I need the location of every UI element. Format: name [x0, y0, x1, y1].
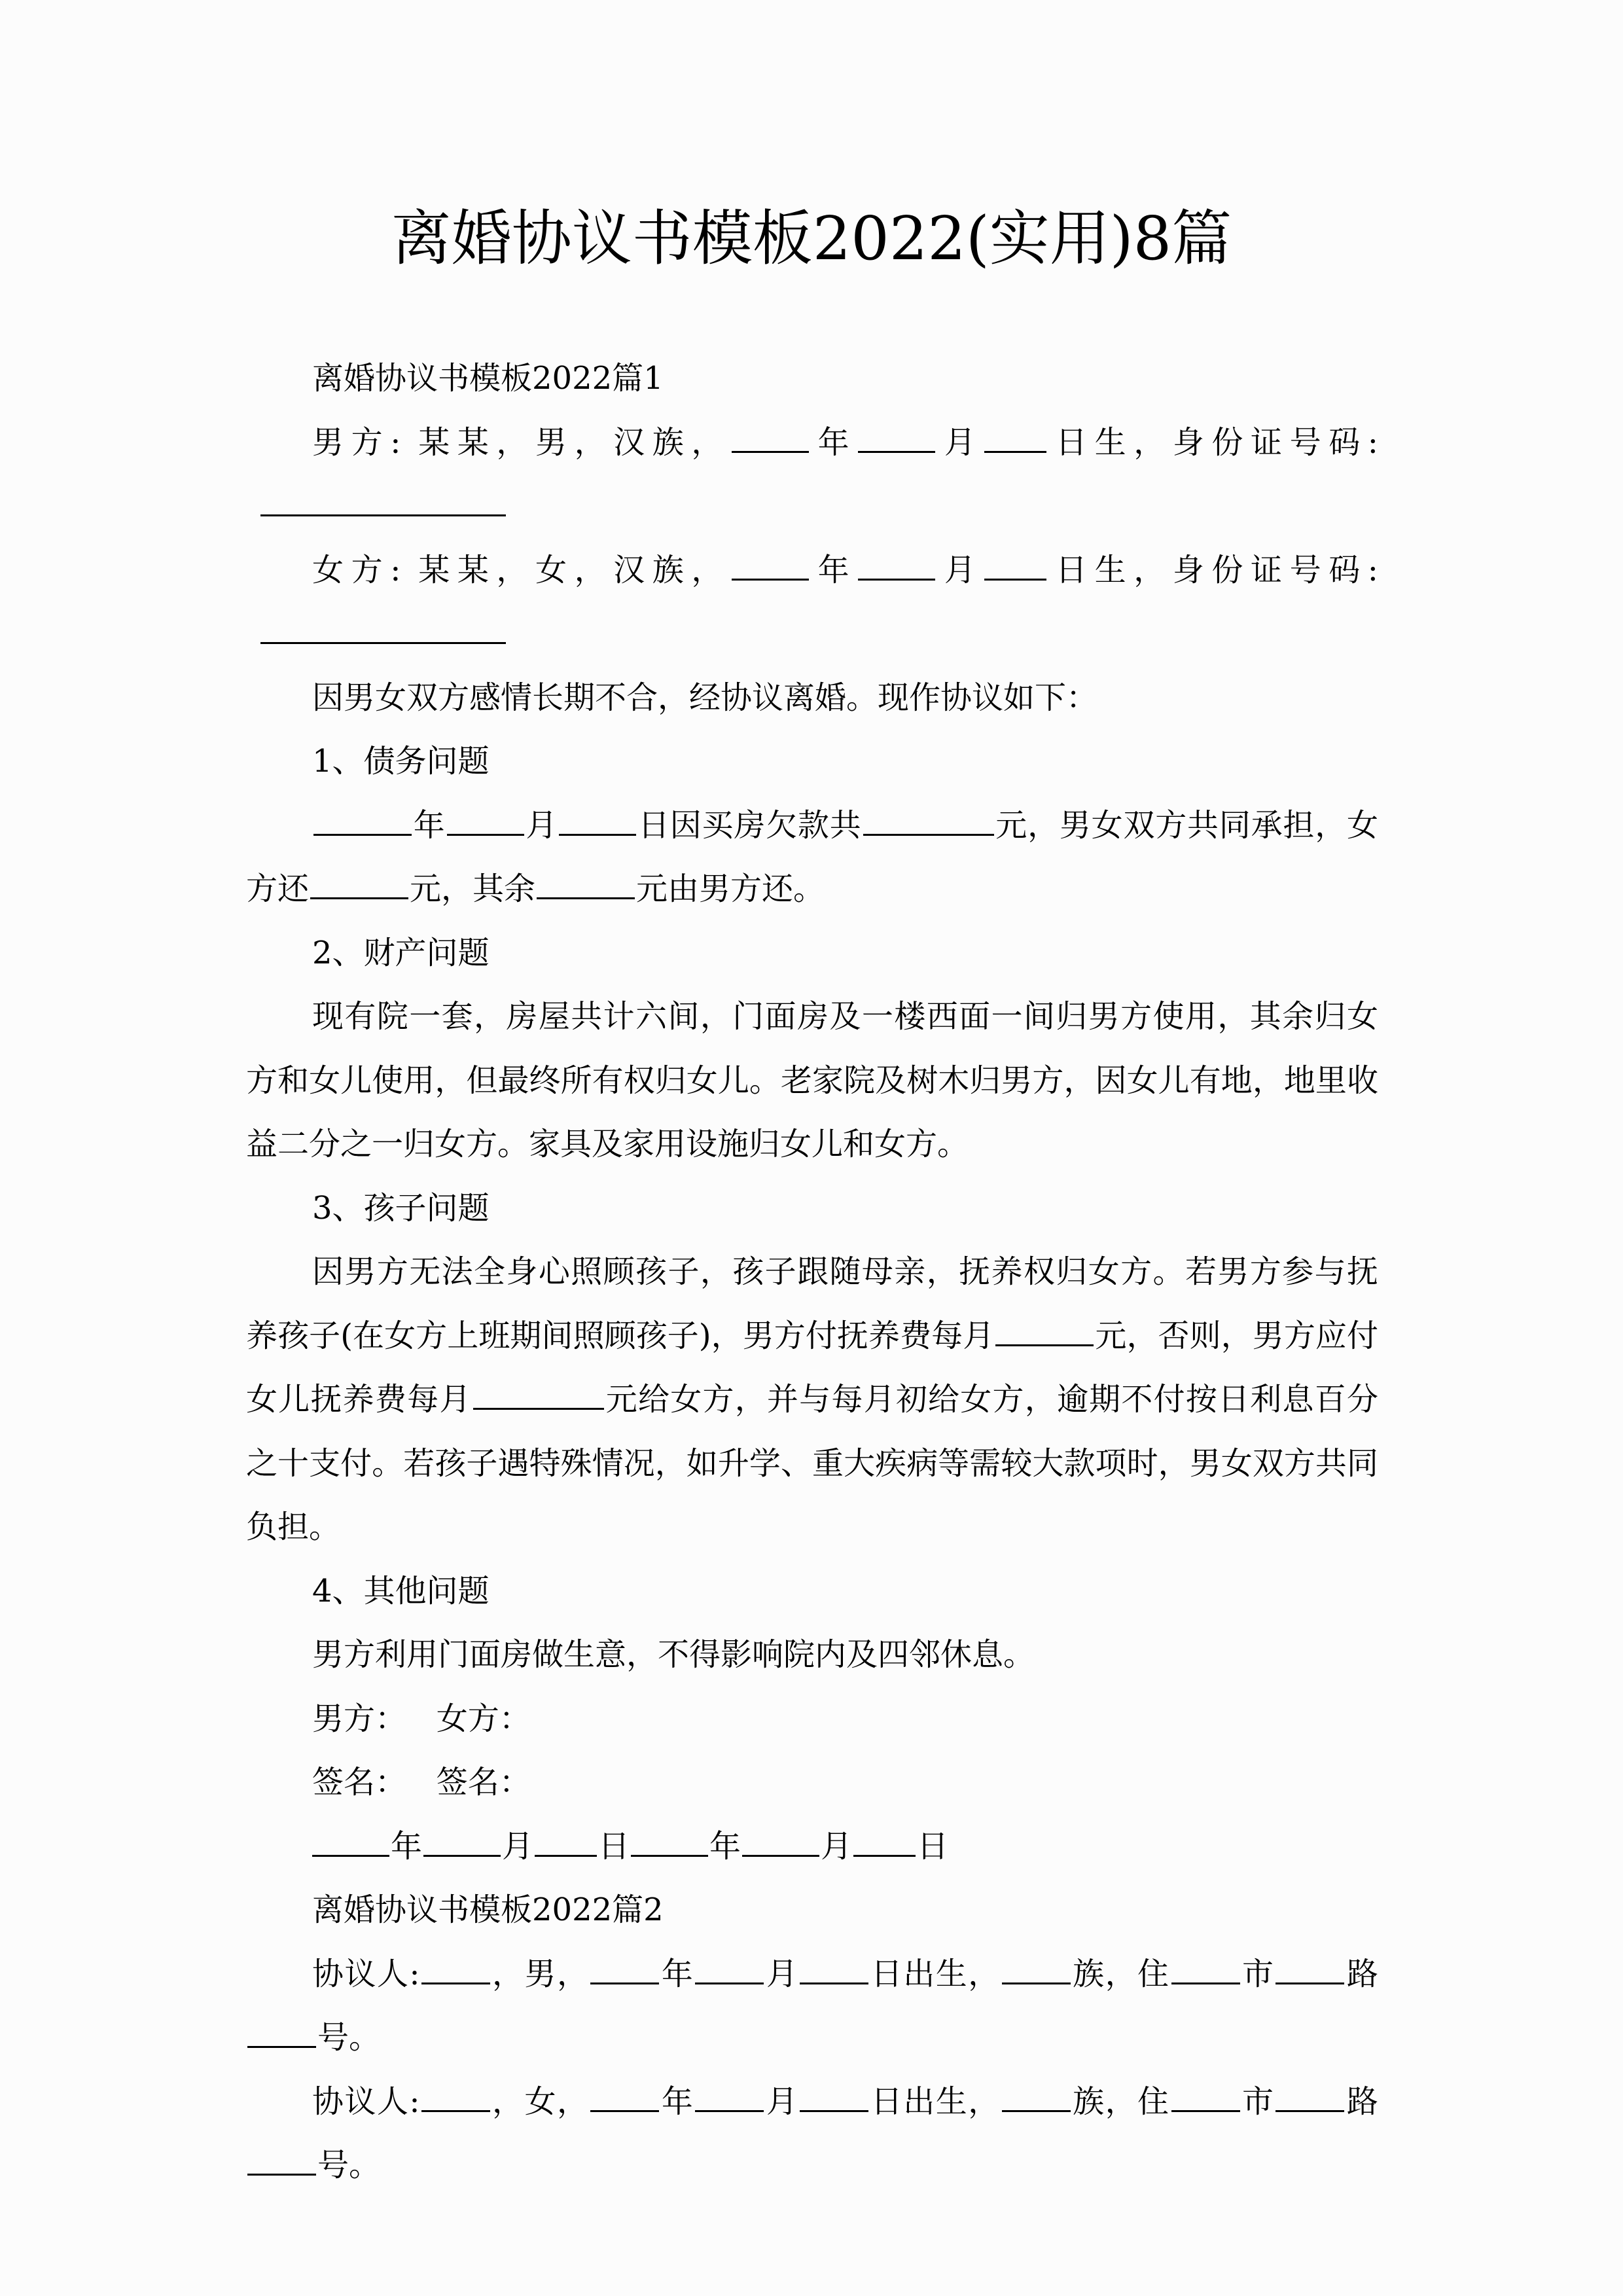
- blank-field[interactable]: [1171, 2080, 1240, 2112]
- blank-field[interactable]: [537, 867, 635, 899]
- blank-field[interactable]: [421, 2080, 490, 2112]
- blank-field[interactable]: [742, 1825, 819, 1857]
- female-party-prefix: 女方: 某某，女，汉族，: [312, 552, 730, 588]
- day-label: 日: [917, 1828, 948, 1865]
- month-label: 月: [765, 2083, 798, 2120]
- blank-field[interactable]: [631, 1825, 708, 1857]
- blank-field[interactable]: [853, 1825, 916, 1857]
- blank-field[interactable]: [858, 548, 935, 581]
- month-label: 月: [526, 807, 558, 844]
- road-label: 路: [1346, 1956, 1378, 1992]
- city-label: 市: [1241, 2083, 1275, 2120]
- blank-field[interactable]: [858, 421, 935, 453]
- party-label: 协议人:: [312, 2083, 420, 2120]
- female-party-line: 女方: 某某，女，汉族，年月日生，身份证号码:: [246, 539, 1378, 666]
- debt-text: 元，其余: [410, 870, 535, 907]
- agreement-party-2-line: 协议人:，女，年月日出生，族，住市路号。: [246, 2070, 1378, 2198]
- road-label: 路: [1346, 2083, 1378, 2120]
- blank-field[interactable]: [313, 804, 412, 836]
- item-3-heading: 3、孩子问题: [246, 1177, 1378, 1241]
- item-2-text: 现有院一套，房屋共计六间，门面房及一楼西面一间归男方使用，其余归女方和女儿使用，…: [246, 985, 1378, 1177]
- blank-field[interactable]: [800, 1952, 868, 1984]
- item-4-heading: 4、其他问题: [246, 1560, 1378, 1624]
- blank-field[interactable]: [312, 1825, 389, 1857]
- male-party-prefix: 男方: 某某，男，汉族，: [312, 424, 730, 461]
- agreement-intro: 因男女双方感情长期不合，经协议离婚。现作协议如下：: [246, 666, 1378, 730]
- blank-field[interactable]: [1002, 2080, 1071, 2112]
- blank-field[interactable]: [247, 2016, 316, 2048]
- blank-field[interactable]: [695, 2080, 764, 2112]
- party-labels: 男方： 女方：: [246, 1687, 1378, 1751]
- item-4-text: 男方利用门面房做生意，不得影响院内及四邻休息。: [246, 1623, 1378, 1687]
- blank-field[interactable]: [535, 1825, 597, 1857]
- blank-field[interactable]: [1171, 1952, 1240, 1984]
- year-label: 年: [660, 2083, 694, 2120]
- blank-field[interactable]: [247, 2144, 316, 2176]
- blank-field[interactable]: [421, 1952, 490, 1984]
- document-body: 离婚协议书模板2022篇1 男方: 某某，男，汉族，年月日生，身份证号码: 女方…: [246, 347, 1378, 2198]
- agreement-party-1-line: 协议人:，男，年月日出生，族，住市路号。: [246, 1943, 1378, 2070]
- blank-field[interactable]: [1275, 2080, 1344, 2112]
- year-label: 年: [810, 424, 857, 461]
- blank-field[interactable]: [984, 421, 1046, 453]
- blank-field[interactable]: [473, 1378, 604, 1410]
- blank-field[interactable]: [447, 804, 524, 836]
- blank-field[interactable]: [732, 421, 809, 453]
- ethnic-text: 族，住: [1072, 1956, 1170, 1992]
- city-label: 市: [1241, 1956, 1275, 1992]
- document-title: 离婚协议书模板2022(实用)8篇: [0, 196, 1623, 281]
- id-number-blank[interactable]: [260, 484, 506, 516]
- item-2-heading: 2、财产问题: [246, 922, 1378, 986]
- blank-field[interactable]: [590, 1952, 659, 1984]
- year-label: 年: [810, 552, 857, 588]
- male-party-line: 男方: 某某，男，汉族，年月日生，身份证号码:: [246, 411, 1378, 539]
- blank-field[interactable]: [1275, 1952, 1344, 1984]
- ethnic-text: 族，住: [1072, 2083, 1170, 2120]
- id-number-label: 日生，身份证号码:: [1048, 552, 1378, 588]
- document-page: 离婚协议书模板2022(实用)8篇 离婚协议书模板2022篇1 男方: 某某，男…: [0, 0, 1623, 2296]
- number-label: 号。: [317, 2019, 380, 2056]
- birth-text: 日出生，: [870, 1956, 1000, 1992]
- day-label: 日: [598, 1828, 630, 1865]
- blank-field[interactable]: [984, 548, 1046, 581]
- blank-field[interactable]: [559, 804, 636, 836]
- month-label: 月: [936, 552, 983, 588]
- month-label: 月: [765, 1956, 798, 1992]
- blank-field[interactable]: [590, 2080, 659, 2112]
- number-label: 号。: [317, 2147, 380, 2183]
- blank-field[interactable]: [863, 804, 994, 836]
- id-number-label: 日生，身份证号码:: [1048, 424, 1378, 461]
- section-1-heading: 离婚协议书模板2022篇1: [246, 347, 1378, 411]
- blank-field[interactable]: [423, 1825, 501, 1857]
- id-number-blank[interactable]: [260, 612, 506, 644]
- year-label: 年: [413, 807, 446, 844]
- year-label: 年: [660, 1956, 694, 1992]
- gender-text: ，男，: [491, 1956, 590, 1992]
- blank-field[interactable]: [995, 1314, 1094, 1346]
- month-label: 月: [936, 424, 983, 461]
- item-3-text: 因男方无法全身心照顾孩子，孩子跟随母亲，抚养权归女方。若男方参与抚养孩子(在女方…: [246, 1240, 1378, 1560]
- debt-text: 元由男方还。: [636, 870, 825, 907]
- blank-field[interactable]: [800, 2080, 868, 2112]
- birth-text: 日出生，: [870, 2083, 1000, 2120]
- signature-date-line: 年月日年月日: [246, 1815, 1378, 1879]
- blank-field[interactable]: [1002, 1952, 1071, 1984]
- year-label: 年: [391, 1828, 422, 1865]
- blank-field[interactable]: [732, 548, 809, 581]
- blank-field[interactable]: [695, 1952, 764, 1984]
- gender-text: ，女，: [491, 2083, 590, 2120]
- year-label: 年: [709, 1828, 741, 1865]
- item-1-text: 年月日因买房欠款共元，男女双方共同承担，女方还元，其余元由男方还。: [246, 794, 1378, 922]
- month-label: 月: [821, 1828, 852, 1865]
- signature-labels: 签名： 签名：: [246, 1751, 1378, 1815]
- month-label: 月: [502, 1828, 533, 1865]
- debt-text: 日因买房欠款共: [637, 807, 861, 844]
- blank-field[interactable]: [310, 867, 408, 899]
- party-label: 协议人:: [312, 1956, 420, 1992]
- section-2-heading: 离婚协议书模板2022篇2: [246, 1878, 1378, 1943]
- item-1-heading: 1、债务问题: [246, 730, 1378, 794]
